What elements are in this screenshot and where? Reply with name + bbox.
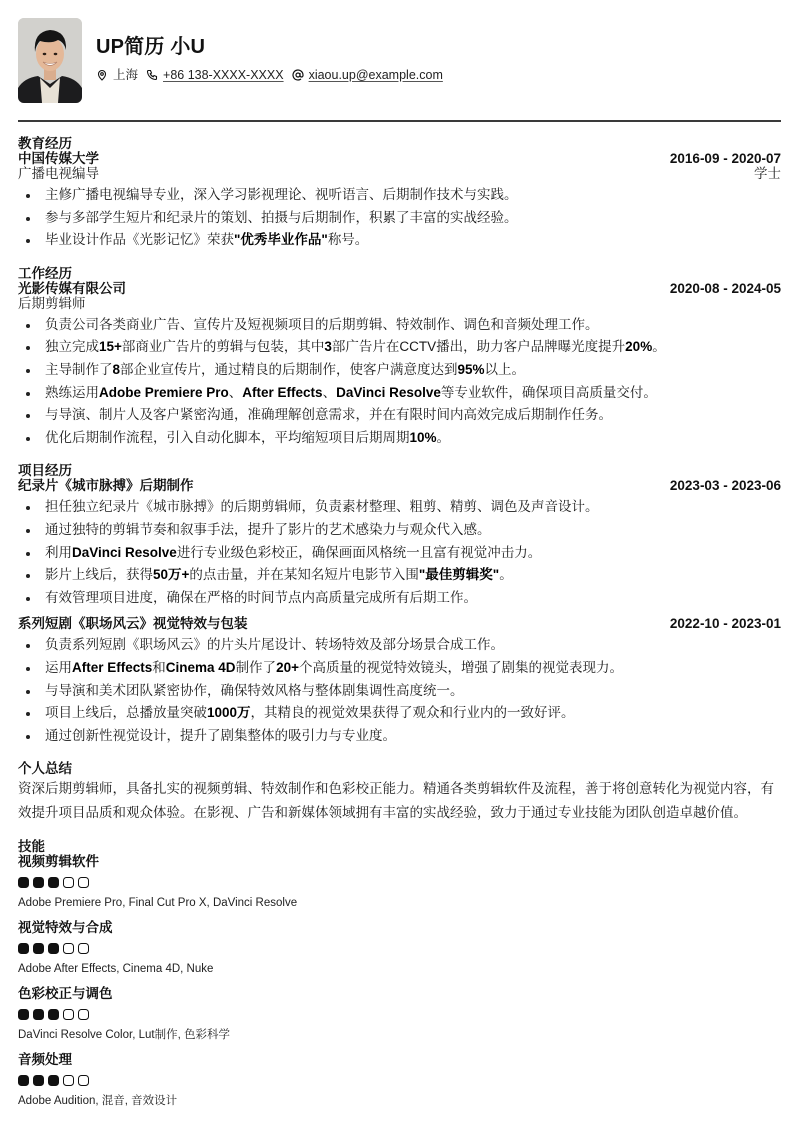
skill-rating [18, 877, 781, 888]
degree: 学士 [754, 166, 781, 181]
at-sign-icon [292, 69, 304, 81]
location-text: 上海 [113, 68, 138, 83]
bullet-item: 与导演和美术团队紧密协作，确保特效风格与整体剧集调性高度统一。 [18, 680, 781, 703]
rating-empty-icon [78, 877, 89, 888]
rating-filled-icon [48, 877, 59, 888]
rating-filled-icon [18, 1009, 29, 1020]
resume-header: UP简历 小U 上海 +86 138-XXXX-XXXX [18, 0, 781, 103]
bullet-item: 主修广播电视编导专业，深入学习影视理论、视听语言、后期制作技术与实践。 [18, 184, 781, 207]
work-bullets: 负责公司各类商业广告、宣传片及短视频项目的后期剪辑、特效制作、调色和音频处理工作… [18, 314, 781, 450]
rating-filled-icon [18, 877, 29, 888]
header-divider [18, 120, 781, 122]
summary-section: 个人总结 资深后期剪辑师，具备扎实的视频剪辑、特效制作和色彩校正能力。精通各类剪… [18, 761, 781, 825]
rating-filled-icon [33, 943, 44, 954]
bullet-item: 通过独特的剪辑节奏和叙事手法，提升了影片的艺术感染力与观众代入感。 [18, 519, 781, 542]
skills-list: 视频剪辑软件Adobe Premiere Pro, Final Cut Pro … [18, 854, 781, 1108]
rating-filled-icon [18, 943, 29, 954]
project-entry: 纪录片《城市脉搏》后期制作 2023-03 - 2023-06 担任独立纪录片《… [18, 478, 781, 609]
bullet-item: 主导制作了8部企业宣传片，通过精良的后期制作，使客户满意度达到95%以上。 [18, 359, 781, 382]
skill-name: 视频剪辑软件 [18, 854, 781, 869]
bullet-item: 独立完成15+部商业广告片的剪辑与包装，其中3部广告片在CCTV播出，助力客户品… [18, 336, 781, 359]
section-title-skills: 技能 [18, 839, 781, 854]
rating-filled-icon [48, 1075, 59, 1086]
bullet-item: 熟练运用Adobe Premiere Pro、After Effects、DaV… [18, 382, 781, 405]
bullet-item: 负责系列短剧《职场风云》的片头片尾设计、转场特效及部分场景合成工作。 [18, 634, 781, 657]
profile-photo-icon [18, 18, 82, 103]
rating-empty-icon [63, 1009, 74, 1020]
skill-tools: Adobe Audition, 混音, 音效设计 [18, 1094, 781, 1108]
skill-item: 视频剪辑软件Adobe Premiere Pro, Final Cut Pro … [18, 854, 781, 910]
bullet-item: 参与多部学生短片和纪录片的策划、拍摄与后期制作，积累了丰富的实战经验。 [18, 207, 781, 230]
rating-filled-icon [33, 877, 44, 888]
rating-filled-icon [48, 943, 59, 954]
bullet-item: 通过创新性视觉设计，提升了剧集整体的吸引力与专业度。 [18, 725, 781, 748]
bullet-item: 与导演、制片人及客户紧密沟通，准确理解创意需求，并在有限时间内高效完成后期制作任… [18, 404, 781, 427]
major: 广播电视编导 [18, 166, 99, 181]
project-date: 2022-10 - 2023-01 [670, 616, 781, 631]
skill-name: 色彩校正与调色 [18, 986, 781, 1001]
rating-empty-icon [78, 943, 89, 954]
skill-item: 视觉特效与合成Adobe After Effects, Cinema 4D, N… [18, 920, 781, 976]
section-title-summary: 个人总结 [18, 761, 781, 776]
contact-phone: +86 138-XXXX-XXXX [146, 68, 284, 83]
section-title-education: 教育经历 [18, 136, 781, 151]
school-name: 中国传媒大学 [18, 151, 99, 166]
map-pin-icon [96, 69, 108, 81]
bullet-item: 运用After Effects和Cinema 4D制作了20+个高质量的视觉特效… [18, 657, 781, 680]
job-role: 后期剪辑师 [18, 296, 86, 311]
project-name: 纪录片《城市脉搏》后期制作 [18, 478, 194, 493]
rating-empty-icon [63, 1075, 74, 1086]
email-link[interactable]: xiaou.up@example.com [309, 68, 443, 83]
skill-rating [18, 1075, 781, 1086]
education-section: 教育经历 中国传媒大学 2016-09 - 2020-07 广播电视编导 学士 … [18, 136, 781, 252]
skill-item: 音频处理Adobe Audition, 混音, 音效设计 [18, 1052, 781, 1108]
section-title-work: 工作经历 [18, 266, 781, 281]
project-date: 2023-03 - 2023-06 [670, 478, 781, 493]
bullet-item: 影片上线后，获得50万+的点击量，并在某知名短片电影节入围"最佳剪辑奖"。 [18, 564, 781, 587]
skill-tools: Adobe After Effects, Cinema 4D, Nuke [18, 962, 781, 976]
skill-name: 音频处理 [18, 1052, 781, 1067]
contact-row: 上海 +86 138-XXXX-XXXX xiaou.up@example.co… [96, 68, 451, 83]
skills-section: 技能 视频剪辑软件Adobe Premiere Pro, Final Cut P… [18, 839, 781, 1108]
project-name: 系列短剧《职场风云》视觉特效与包装 [18, 616, 248, 631]
project-bullets: 担任独立纪录片《城市脉搏》的后期剪辑师，负责素材整理、粗剪、精剪、调色及声音设计… [18, 496, 781, 609]
bullet-item: 有效管理项目进度，确保在严格的时间节点内高质量完成所有后期工作。 [18, 587, 781, 610]
rating-empty-icon [78, 1009, 89, 1020]
skill-rating [18, 943, 781, 954]
rating-filled-icon [18, 1075, 29, 1086]
rating-filled-icon [33, 1009, 44, 1020]
bullet-item: 项目上线后，总播放量突破1000万，其精良的视觉效果获得了观众和行业内的一致好评… [18, 702, 781, 725]
education-entry: 中国传媒大学 2016-09 - 2020-07 广播电视编导 学士 主修广播电… [18, 151, 781, 252]
contact-email: xiaou.up@example.com [292, 68, 443, 83]
rating-filled-icon [48, 1009, 59, 1020]
skill-tools: Adobe Premiere Pro, Final Cut Pro X, DaV… [18, 896, 781, 910]
education-bullets: 主修广播电视编导专业，深入学习影视理论、视听语言、后期制作技术与实践。参与多部学… [18, 184, 781, 252]
summary-text: 资深后期剪辑师，具备扎实的视频剪辑、特效制作和色彩校正能力。精通各类剪辑软件及流… [18, 777, 781, 825]
section-title-projects: 项目经历 [18, 463, 781, 478]
bullet-item: 毕业设计作品《光影记忆》荣获"优秀毕业作品"称号。 [18, 229, 781, 252]
education-date: 2016-09 - 2020-07 [670, 151, 781, 166]
candidate-name: UP简历 小U [96, 35, 451, 59]
rating-empty-icon [63, 943, 74, 954]
bullet-item: 担任独立纪录片《城市脉搏》的后期剪辑师，负责素材整理、粗剪、精剪、调色及声音设计… [18, 496, 781, 519]
bullet-item: 利用DaVinci Resolve进行专业级色彩校正，确保画面风格统一且富有视觉… [18, 542, 781, 565]
project-entry: 系列短剧《职场风云》视觉特效与包装 2022-10 - 2023-01 负责系列… [18, 616, 781, 747]
contact-location: 上海 [96, 68, 138, 83]
avatar [18, 18, 82, 103]
resume-page: UP简历 小U 上海 +86 138-XXXX-XXXX [0, 0, 799, 1108]
rating-empty-icon [63, 877, 74, 888]
work-date: 2020-08 - 2024-05 [670, 281, 781, 296]
skill-item: 色彩校正与调色DaVinci Resolve Color, Lut制作, 色彩科… [18, 986, 781, 1042]
rating-filled-icon [33, 1075, 44, 1086]
projects-section: 项目经历 纪录片《城市脉搏》后期制作 2023-03 - 2023-06 担任独… [18, 463, 781, 747]
skill-name: 视觉特效与合成 [18, 920, 781, 935]
work-entry: 光影传媒有限公司 2020-08 - 2024-05 后期剪辑师 负责公司各类商… [18, 281, 781, 450]
skill-tools: DaVinci Resolve Color, Lut制作, 色彩科学 [18, 1028, 781, 1042]
project-bullets: 负责系列短剧《职场风云》的片头片尾设计、转场特效及部分场景合成工作。运用Afte… [18, 634, 781, 747]
work-section: 工作经历 光影传媒有限公司 2020-08 - 2024-05 后期剪辑师 负责… [18, 266, 781, 450]
bullet-item: 优化后期制作流程，引入自动化脚本，平均缩短项目后期周期10%。 [18, 427, 781, 450]
phone-link[interactable]: +86 138-XXXX-XXXX [163, 68, 284, 83]
phone-icon [146, 69, 158, 81]
bullet-item: 负责公司各类商业广告、宣传片及短视频项目的后期剪辑、特效制作、调色和音频处理工作… [18, 314, 781, 337]
company-name: 光影传媒有限公司 [18, 281, 126, 296]
skill-rating [18, 1009, 781, 1020]
rating-empty-icon [78, 1075, 89, 1086]
